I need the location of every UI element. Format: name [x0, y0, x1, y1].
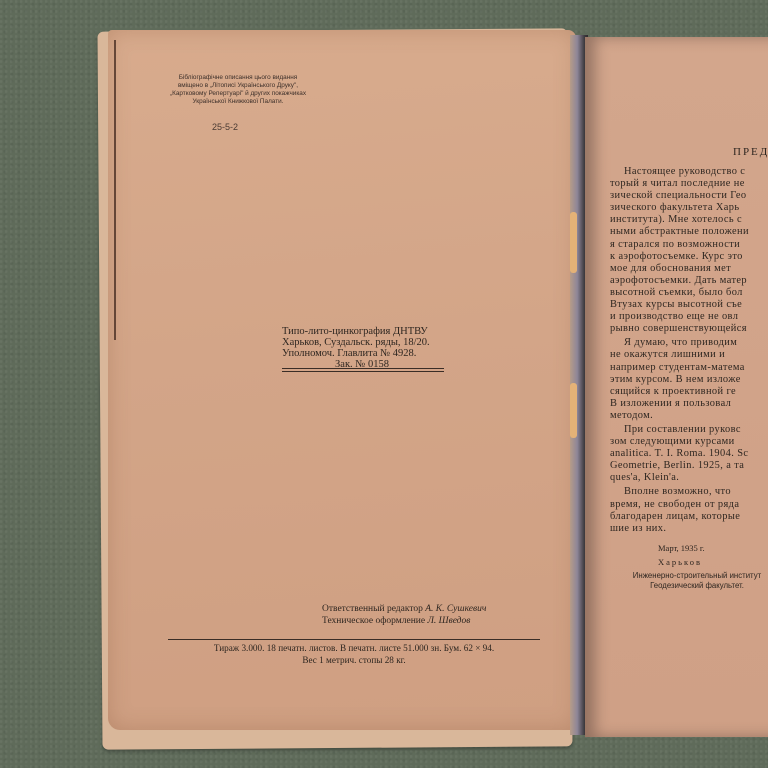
preface-line: шие из них. [610, 523, 768, 535]
preface-line: Вполне возможно, что [610, 486, 768, 498]
preface-line: ques'a, Klein'a. [610, 472, 768, 484]
divider [168, 639, 540, 640]
preface-body: Настоящее руководство сторый я читал пос… [610, 166, 768, 535]
preface-line: зом следующими курсами [610, 436, 768, 448]
preface-title: ПРЕД [733, 146, 768, 158]
preface-line: мое для обоснования мет [610, 263, 768, 275]
preface-line: я старался по возможности [610, 239, 768, 251]
preface-date: Март, 1935 г. [658, 541, 705, 555]
editor-label: Ответственный редактор [322, 604, 423, 614]
preface-line: например студентам-матема [610, 362, 768, 374]
preface-line: торый я читал последние не [610, 178, 768, 190]
preface-line: зической специальности Гео [610, 190, 768, 202]
preface-line: analitica. T. I. Roma. 1904. Sc [610, 448, 768, 460]
preface-line: высотной съемки, было бол [610, 287, 768, 299]
institution-block: Инженерно-строительный институт Геодезич… [612, 571, 768, 591]
preface-line: к аэрофотосъемке. Курс это [610, 251, 768, 263]
preface-line: рывно совершенствующейся [610, 323, 768, 335]
preface-line: этим курсом. В нем изложе [610, 374, 768, 386]
institution-line: Инженерно-строительный институт [612, 571, 768, 581]
page-margin-line [114, 40, 116, 340]
preface-city: Харьков [658, 555, 705, 569]
imprint-block: Тираж 3.000. 18 печатн. листов. В печатн… [168, 642, 540, 666]
printer-line: Уполномоч. Главлита № 4928. [282, 348, 442, 359]
printer-line: Типо-лито-цинкография ДНТВУ [282, 326, 442, 337]
preface-line: аэрофотосъемки. Дать матер [610, 275, 768, 287]
bibliographic-note: Бібліографічне описання цього видання вм… [168, 74, 308, 106]
preface-line: сящийся к проективной ге [610, 386, 768, 398]
binding-tab [570, 383, 577, 438]
catalog-code: 25-5-2 [212, 122, 238, 132]
binding-tab [570, 255, 577, 273]
editor-name: А. К. Сушкевич [425, 604, 486, 614]
preface-line: При составлении руковс [610, 424, 768, 436]
book-photo: Бібліографічне описання цього видання вм… [0, 0, 768, 768]
preface-line: Втузах курсы высотной съе [610, 299, 768, 311]
preface-line: зического факультета Харь [610, 202, 768, 214]
preface-line: Я думаю, что приводим [610, 337, 768, 349]
divider [282, 368, 444, 369]
printer-block: Типо-лито-цинкография ДНТВУ Харьков, Суз… [282, 326, 442, 370]
imprint-line: Вес 1 метрич. стопы 28 кг. [168, 654, 540, 666]
preface-line: Настоящее руководство с [610, 166, 768, 178]
printer-line: Харьков, Суздальск. ряды, 18/20. [282, 337, 442, 348]
imprint-line: Тираж 3.000. 18 печатн. листов. В печатн… [168, 642, 540, 654]
preface-line: и производство еще не овл [610, 311, 768, 323]
preface-line: методом. [610, 410, 768, 422]
preface-line: ными абстрактные положени [610, 226, 768, 238]
editors-block: Ответственный редактор А. К. Сушкевич Те… [322, 603, 552, 627]
design-label: Техническое оформление [322, 616, 425, 626]
preface-line: благодарен лицам, которые [610, 511, 768, 523]
preface-line: института). Мне хотелось с [610, 214, 768, 226]
preface-line: В изложении я пользовал [610, 398, 768, 410]
divider [282, 371, 444, 372]
preface-line: Geometrie, Berlin. 1925, а та [610, 460, 768, 472]
design-name: Л. Шведов [427, 616, 470, 626]
institution-line: Геодезический факультет. [612, 581, 768, 591]
preface-signature: Март, 1935 г. Харьков [658, 541, 705, 569]
preface-line: не окажутся лишними и [610, 349, 768, 361]
preface-line: время, не свободен от ряда [610, 499, 768, 511]
